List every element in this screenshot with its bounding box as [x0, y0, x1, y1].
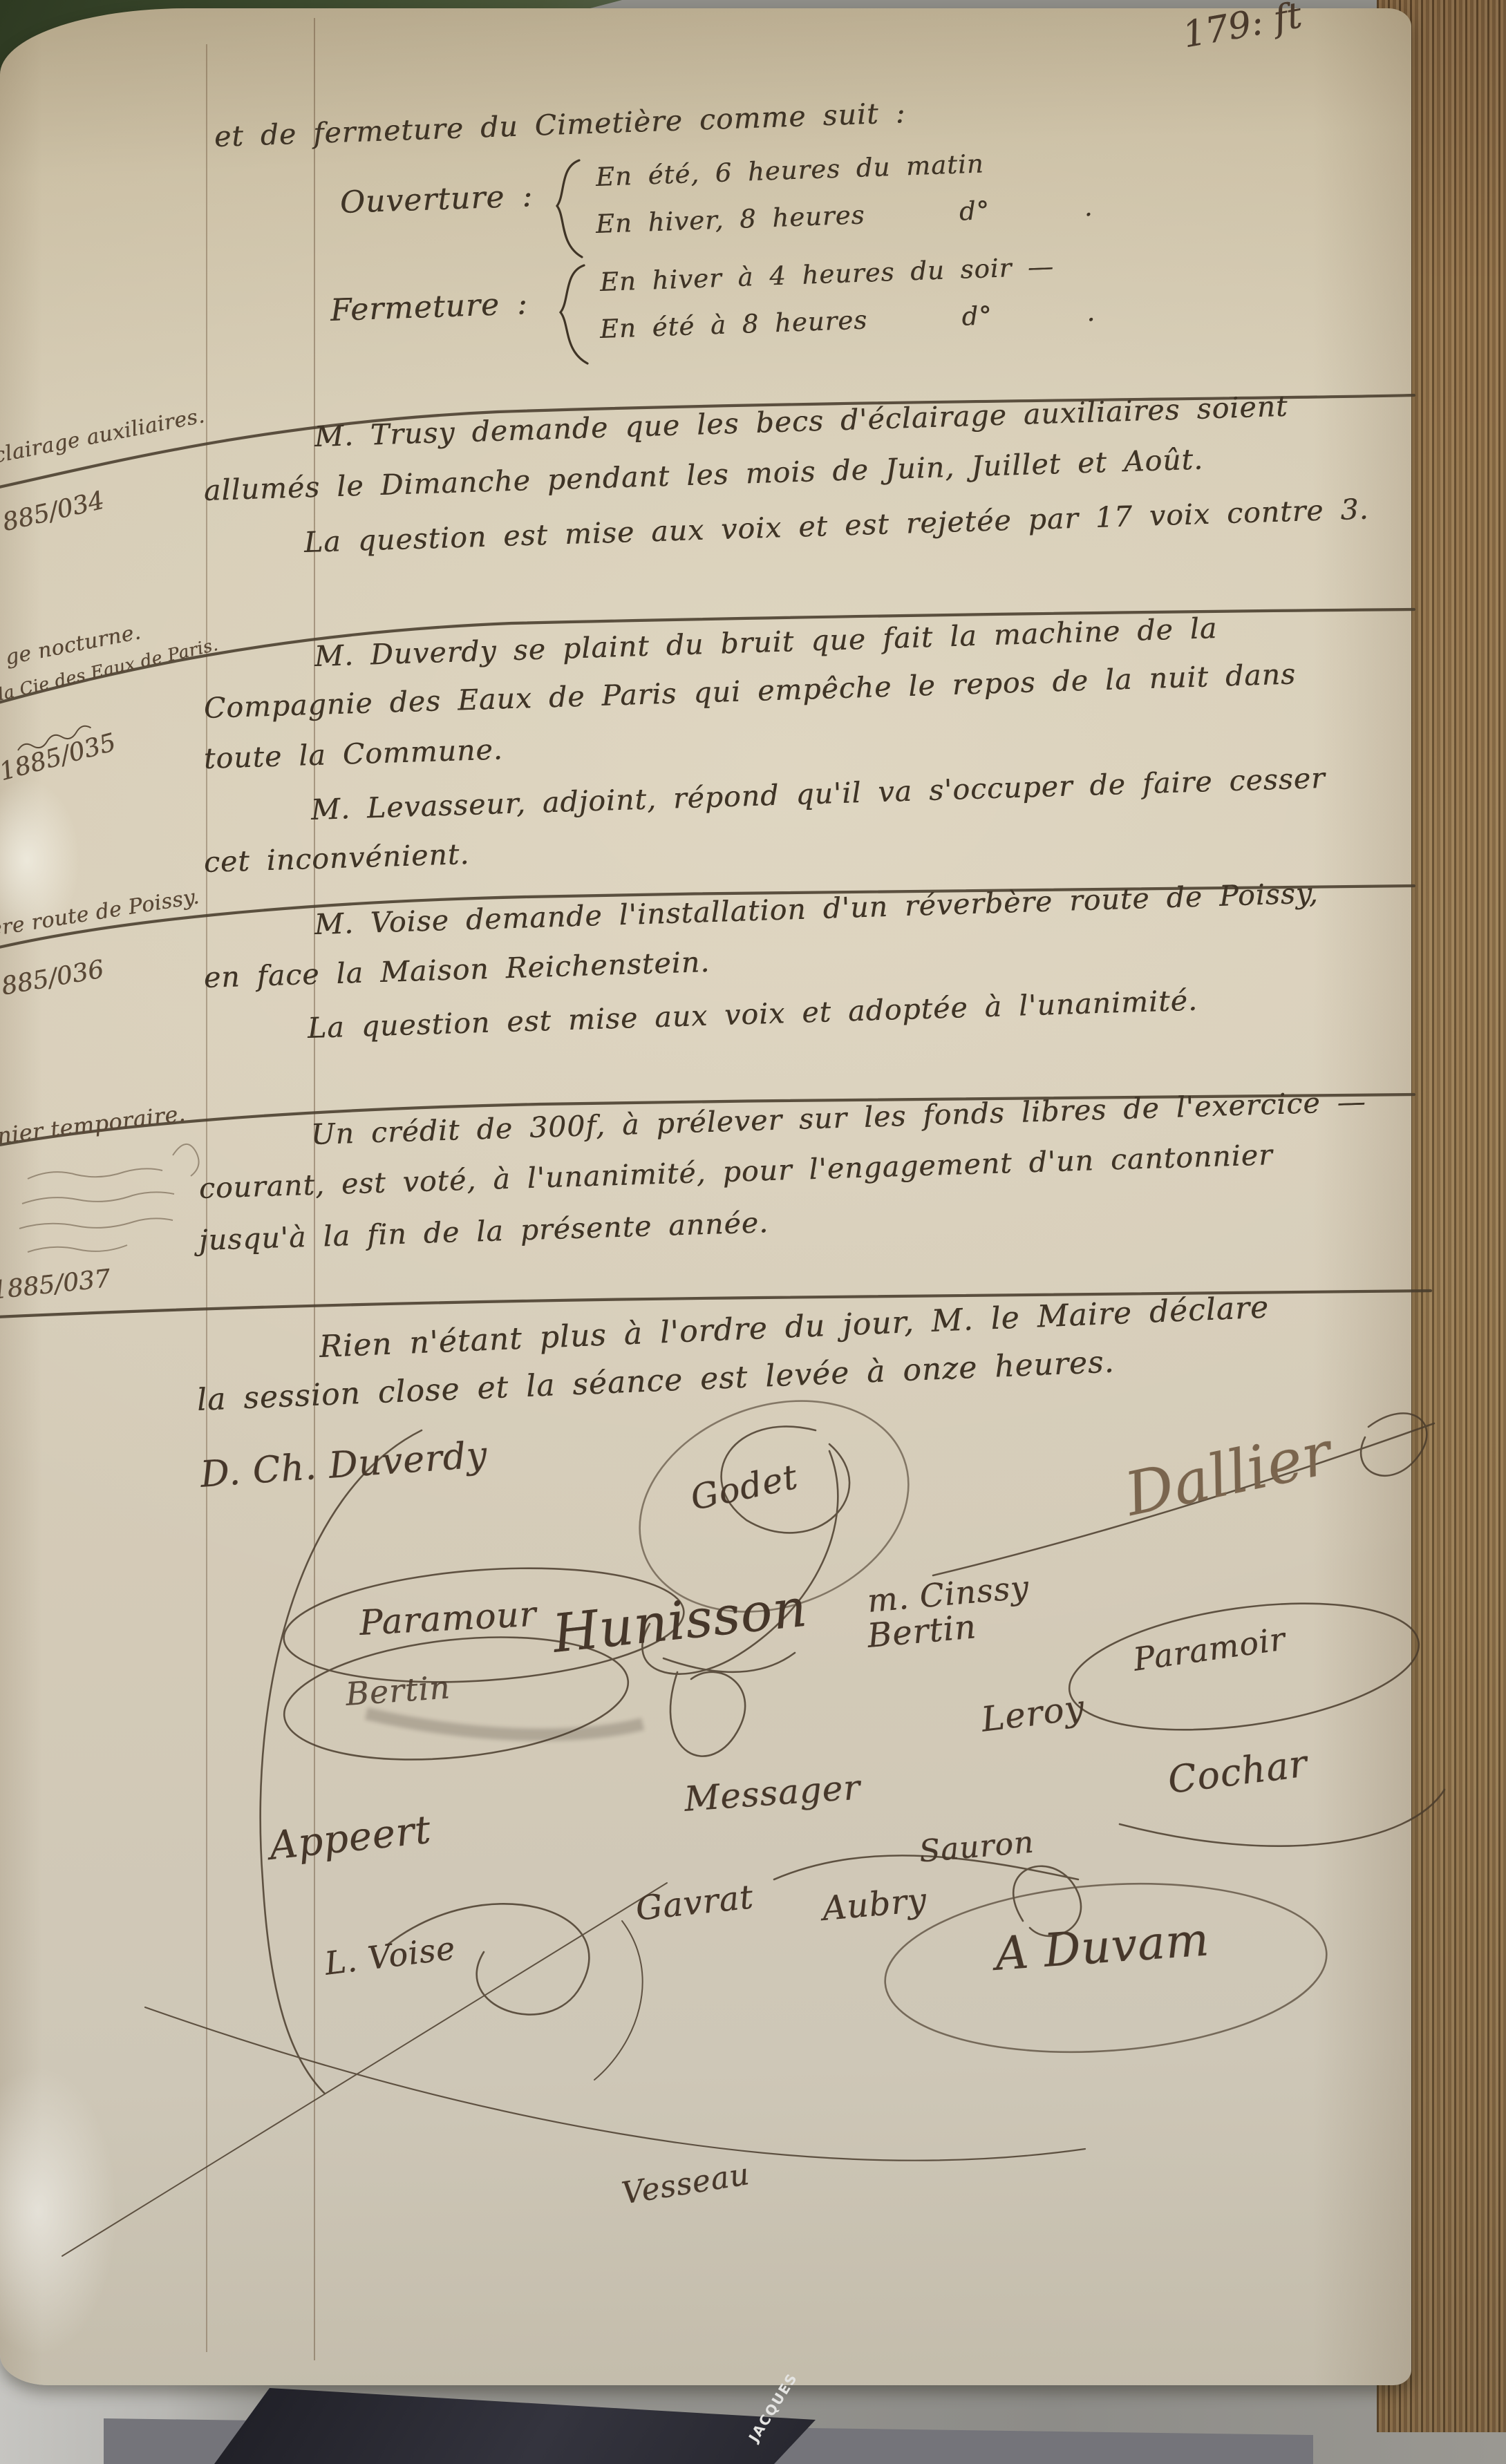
text-line: cet inconvénient.: [203, 840, 470, 877]
photo-of-register-page: { "page_number": "179: ft", "schedule": …: [0, 0, 1506, 2464]
ouverture-label: Ouverture :: [339, 181, 534, 218]
signature: Bertin: [344, 1668, 451, 1712]
fermeture-label: Fermeture :: [330, 289, 528, 326]
